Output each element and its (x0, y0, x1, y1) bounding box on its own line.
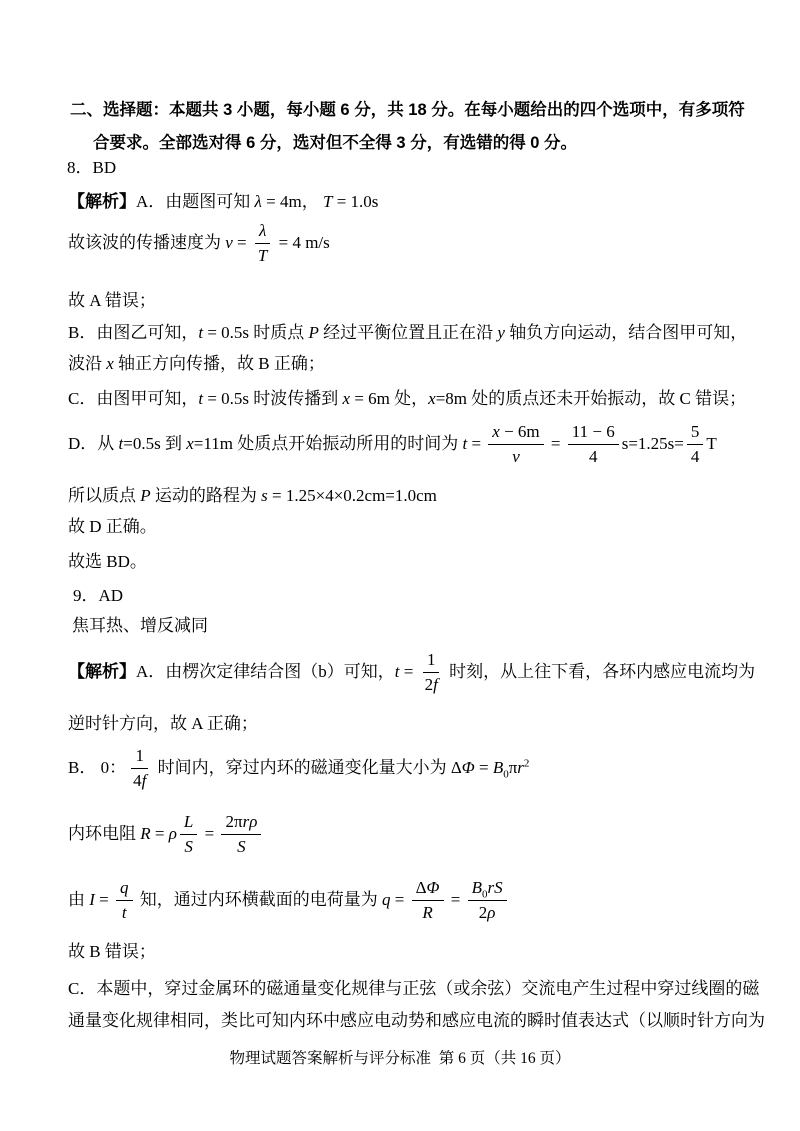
analysis-8-option-b-line1: B．由图乙可知，t = 0.5s 时质点 P 经过平衡位置且正在沿 y 轴负方向… (68, 322, 747, 343)
page-footer: 物理试题答案解析与评分标准 第 6 页（共 16 页） (0, 1049, 800, 1068)
analysis-8-option-b-line2: 波沿 x 轴正方向传播，故 B 正确； (68, 353, 325, 374)
section-title-line2: 合要求。全部选对得 6 分，选对但不全得 3 分，有选错的得 0 分。 (93, 133, 577, 154)
document-page: 二、选择题：本题共 3 小题，每小题 6 分，共 18 分。在每小题给出的四个选… (0, 0, 800, 1131)
conclusion-option-b: 故 B 错误； (68, 941, 156, 962)
analysis-9-option-b-flux: B． 0：14f 时间内，穿过内环的磁通变化量大小为 ΔΦ = B0πr2 (68, 740, 529, 796)
analysis-8-option-c: C．由图甲可知，t = 0.5s 时波传播到 x = 6m 处，x=8m 处的质… (68, 388, 746, 409)
answer-9-note: 焦耳热、增反减同 (72, 615, 208, 636)
answer-9: 9．AD (73, 585, 123, 606)
analysis-9-option-a-line1: 【解析】A．由楞次定律结合图（b）可知，t = 12f 时刻，从上往下看，各环内… (68, 646, 755, 698)
formula-charge: 由 I = qt 知，通过内环横截面的电荷量为 q = ΔΦR = B0rS2ρ (68, 871, 510, 929)
analysis-9-option-a-line2: 逆时针方向，故 A 正确； (68, 713, 258, 734)
analysis-8-option-d-formula: D．从 t=0.5s 到 x=11m 处质点开始振动所用的时间为 t = x −… (68, 416, 717, 472)
formula-inner-ring-resistance: 内环电阻 R = ρLS = 2πrρS (68, 806, 264, 862)
analysis-8-option-a: 【解析】A．由题图可知 λ = 4m， T = 1.0s (68, 191, 378, 212)
conclusion-option-d: 故 D 正确。 (68, 516, 157, 537)
final-answer-8: 故选 BD。 (68, 551, 147, 572)
analysis-9-option-c-line2: 通量变化规律相同，类比可知内环中感应电动势和感应电流的瞬时值表达式（以顺时针方向… (68, 1010, 765, 1031)
conclusion-option-a: 故 A 错误； (68, 290, 156, 311)
answer-8: 8．BD (67, 157, 116, 178)
section-title-line1: 二、选择题：本题共 3 小题，每小题 6 分，共 18 分。在每小题给出的四个选… (70, 100, 745, 121)
formula-wave-speed: 故该波的传播速度为 v = λT = 4 m/s (68, 217, 330, 269)
analysis-8-option-d-path: 所以质点 P 运动的路程为 s = 1.25×4×0.2cm=1.0cm (68, 485, 437, 506)
analysis-9-option-c-line1: C．本题中，穿过金属环的磁通量变化规律与正弦（或余弦）交流电产生过程中穿过线圈的… (68, 978, 759, 999)
